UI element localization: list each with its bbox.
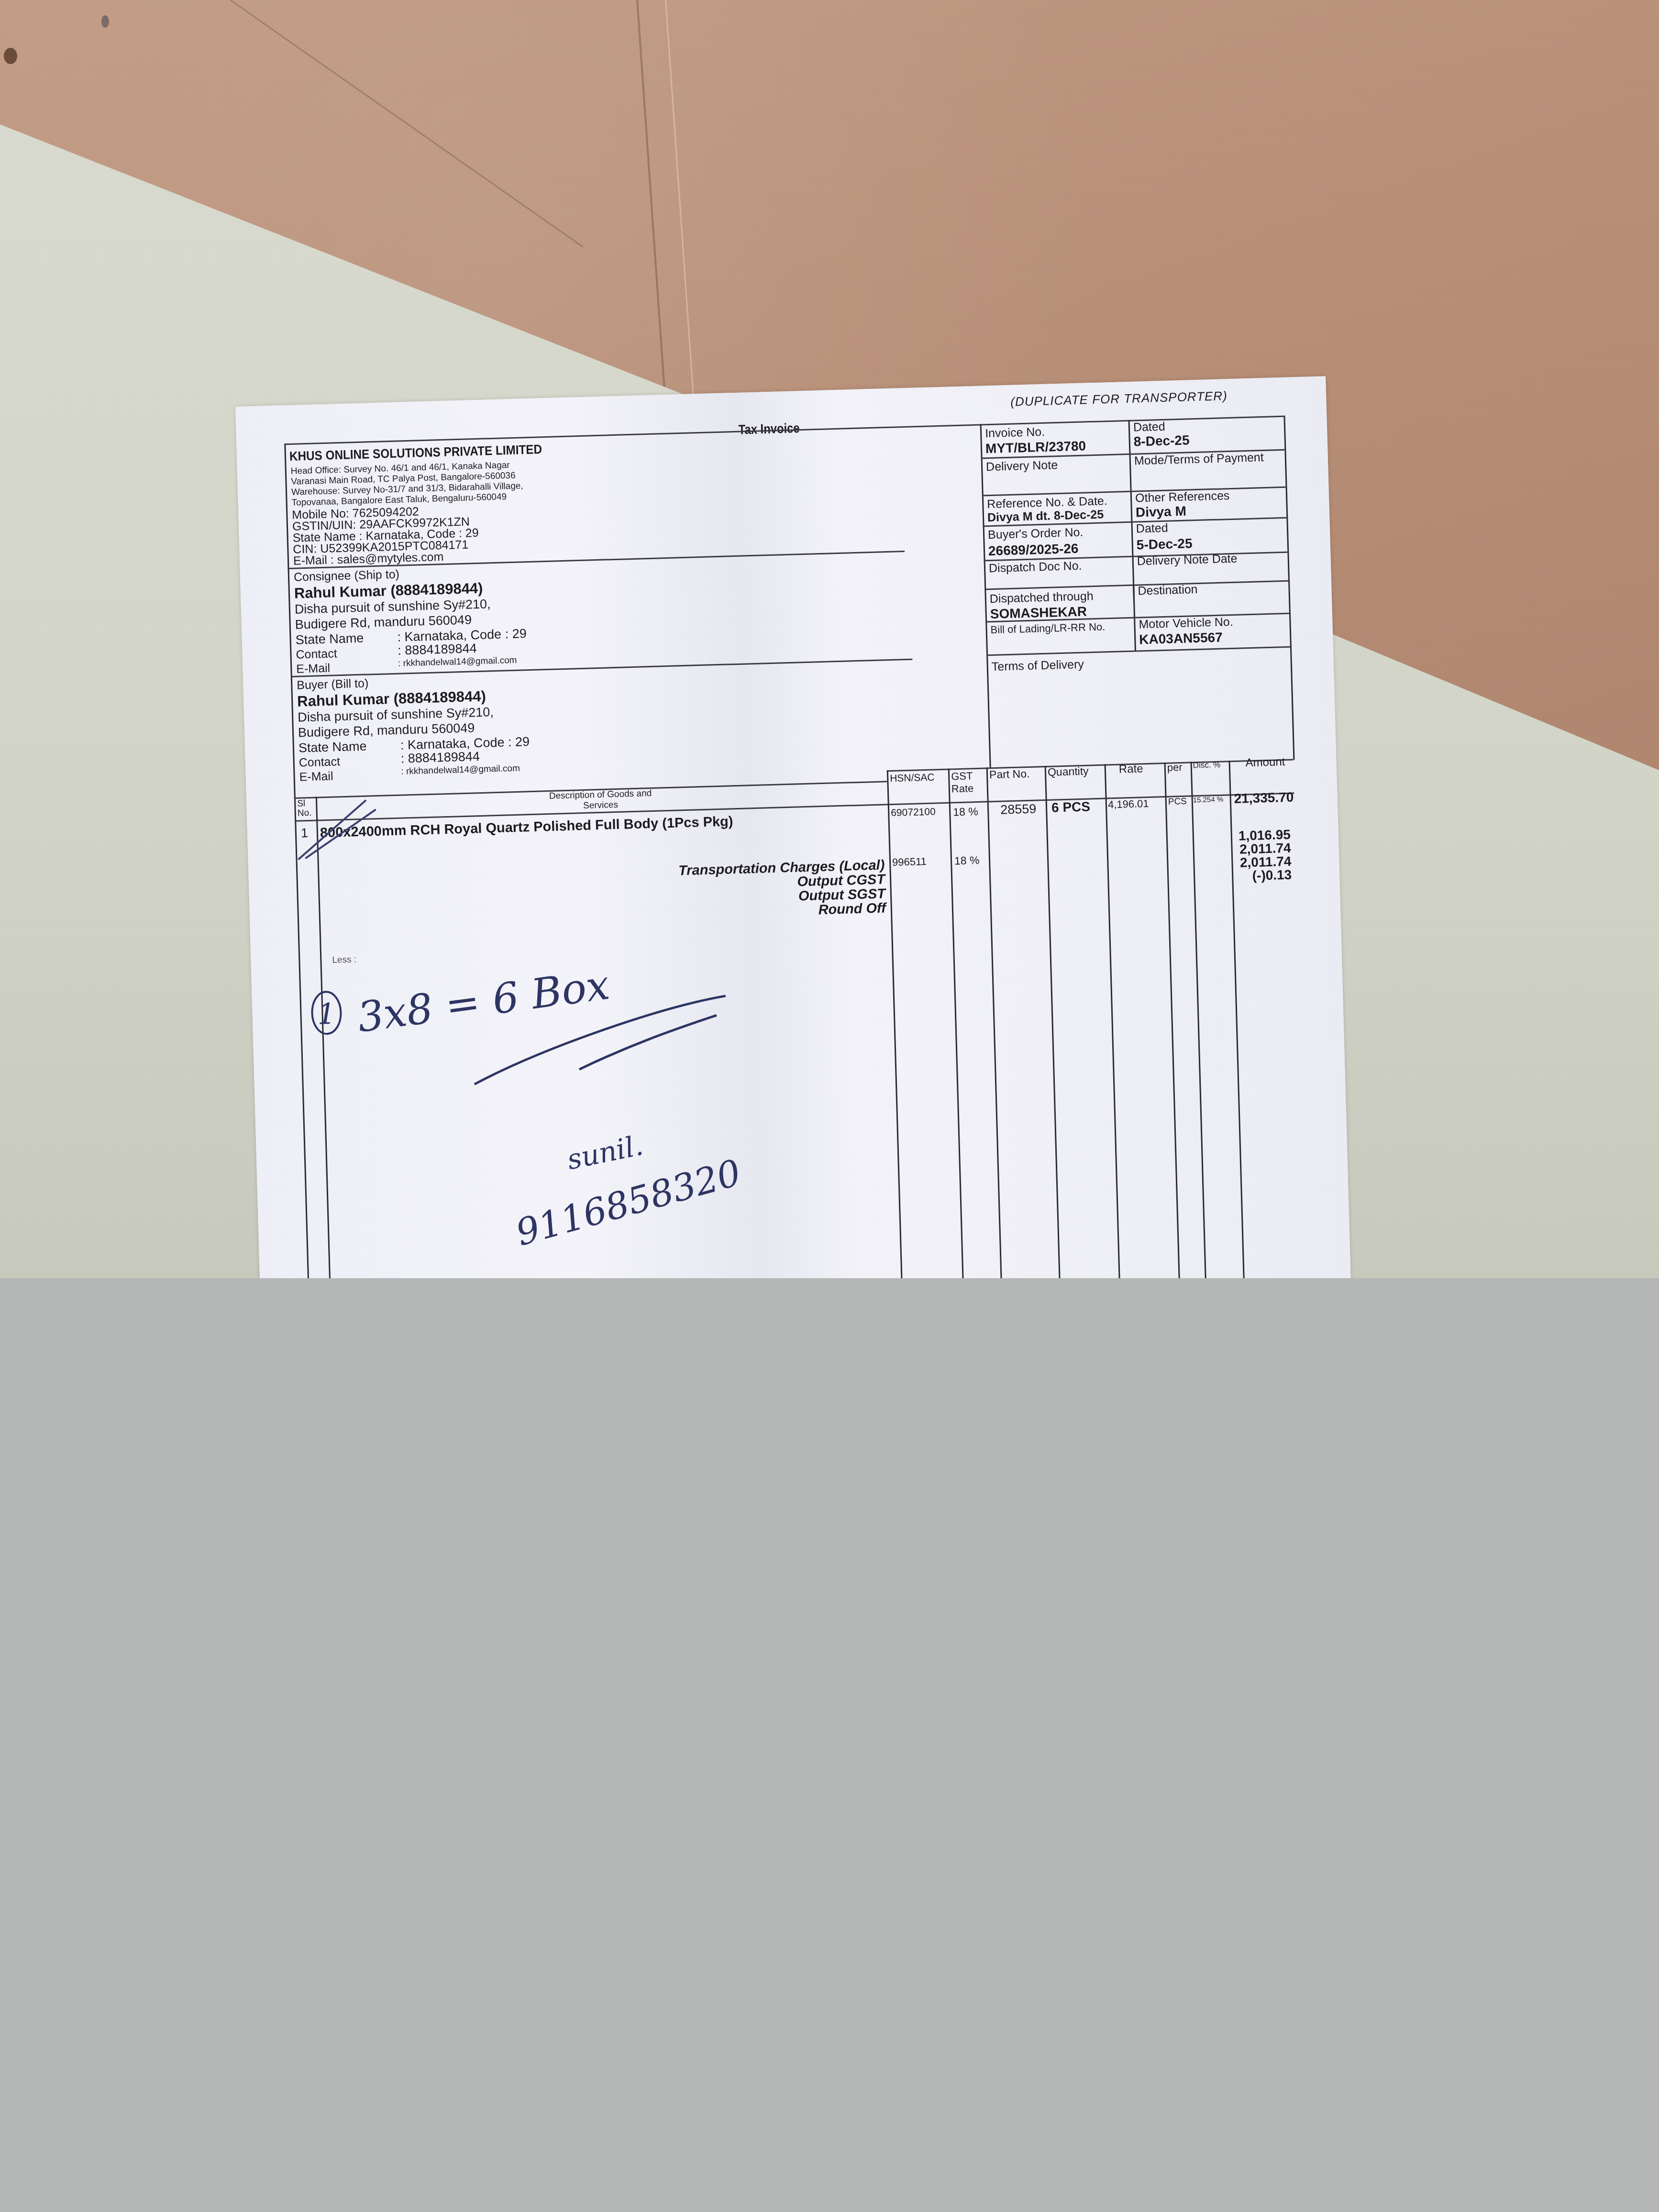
charge-transport-gst: 18 % [954, 854, 980, 867]
consignee-email-label: E-Mail [296, 662, 331, 676]
consignee-state-label: State Name [295, 631, 364, 648]
consignee-heading: Consignee (Ship to) [294, 568, 400, 585]
item-part-no: 28559 [1000, 802, 1037, 818]
item-per: PCS [1168, 796, 1187, 807]
item-quantity: 6 PCS [1051, 799, 1091, 815]
item-hsn: 69072100 [891, 806, 936, 819]
header-quantity: Quantity [1048, 765, 1089, 779]
buyer-heading: Buyer (Bill to) [297, 676, 369, 692]
item-rate: 4,196.01 [1108, 797, 1149, 811]
invoice-paper: Tax Invoice (DUPLICATE FOR TRANSPORTER) … [235, 376, 1352, 1278]
dated-label: Dated [1133, 420, 1166, 435]
vehicle-no-value: KA03AN5567 [1139, 630, 1223, 648]
header-part-no: Part No. [989, 767, 1030, 781]
cardboard-hole [101, 15, 109, 28]
charge-roundoff-amount: (-)0.13 [1252, 867, 1292, 884]
copy-label: (DUPLICATE FOR TRANSPORTER) [1010, 388, 1228, 409]
vehicle-no-label: Motor Vehicle No. [1139, 615, 1233, 631]
buyer-state-label: State Name [299, 739, 367, 756]
cardboard-hole [4, 48, 17, 64]
header-amount: Amount [1245, 755, 1285, 770]
destination-label: Destination [1138, 583, 1198, 598]
item-disc: 15.254 % [1193, 796, 1224, 805]
terms-of-delivery-label: Terms of Delivery [991, 658, 1084, 674]
other-references-value: Divya M [1135, 504, 1186, 520]
buyer-contact-value: : 8884189844 [400, 749, 480, 766]
dispatched-through-label: Dispatched through [989, 589, 1094, 606]
less-label: Less : [332, 954, 356, 965]
order-dated-label: Dated [1136, 521, 1168, 536]
buyer-email-label: E-Mail [299, 770, 333, 785]
order-dated-value: 5-Dec-25 [1136, 536, 1193, 553]
header-hsn-sac: HSN/SAC [890, 772, 935, 785]
header-disc: Disc. % [1193, 760, 1220, 771]
other-references-label: Other References [1135, 489, 1230, 505]
delivery-note-label: Delivery Note [986, 458, 1058, 474]
invoice-no-value: MYT/BLR/23780 [985, 438, 1086, 456]
handwritten-circled-number: 1 [317, 997, 336, 1031]
invoice-no-label: Invoice No. [985, 425, 1045, 441]
charge-roundoff-label: Round Off [818, 900, 886, 918]
header-per: per [1167, 761, 1183, 774]
item-amount: 21,335.70 [1234, 790, 1294, 807]
consignee-contact-label: Contact [296, 647, 337, 662]
item-gst: 18 % [953, 805, 978, 818]
handwritten-underline [467, 986, 737, 1089]
buyer-contact-label: Contact [299, 755, 340, 770]
charge-transport-hsn: 996511 [892, 855, 927, 869]
consignee-contact-value: : 8884189844 [398, 641, 477, 658]
photo-background: Tax Invoice (DUPLICATE FOR TRANSPORTER) … [0, 0, 1659, 1278]
buyer-order-value: 26689/2025-26 [988, 541, 1079, 559]
buyer-order-label: Buyer's Order No. [988, 526, 1084, 542]
dispatch-doc-label: Dispatch Doc No. [989, 559, 1082, 575]
dated-value: 8-Dec-25 [1133, 432, 1190, 449]
header-description: Description of Goods and Services [533, 788, 668, 813]
header-gst-rate: GST Rate [951, 770, 985, 796]
header-rate: Rate [1119, 762, 1143, 776]
pen-strike [294, 795, 392, 864]
delivery-note-date-label: Delivery Note Date [1137, 552, 1238, 569]
